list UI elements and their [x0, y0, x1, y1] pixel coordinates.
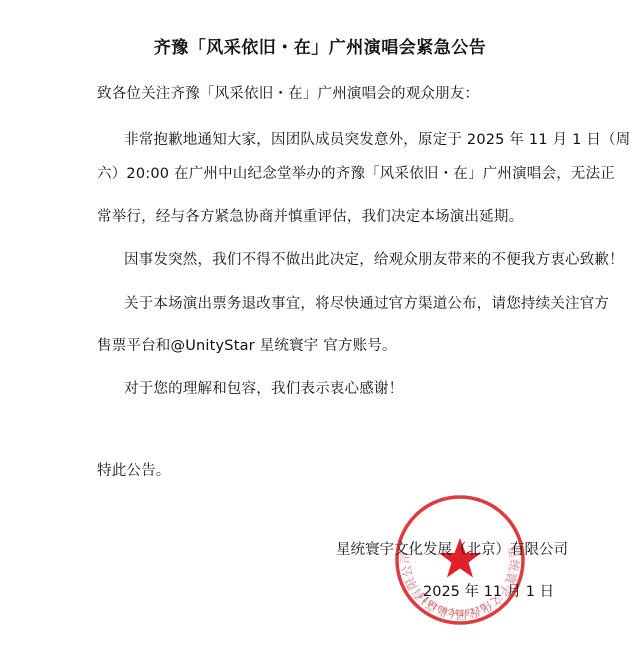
signature-date: 2025 年 11 月 1 日	[423, 580, 554, 601]
paragraph-1-line-1: 非常抱歉地通知大家，因团队成员突发意外，原定于 2025 年 11 月 1 日（…	[124, 128, 630, 149]
closing-text: 特此公告。	[97, 459, 171, 480]
paragraph-1-line-3: 常举行，经与各方紧急协商并慎重评估，我们决定本场演出延期。	[97, 205, 523, 226]
announcement-title: 齐豫「风采依旧・在」广州演唱会紧急公告	[0, 33, 640, 58]
salutation: 致各位关注齐豫「风采依旧・在」广州演唱会的观众朋友：	[97, 82, 479, 103]
company-seal-stamp: 星统寰宇文化发展(北京)有限公司 1101062419110	[392, 492, 528, 628]
signature-company: 星统寰宇文化发展（北京）有限公司	[336, 538, 568, 559]
paragraph-2-line-1: 因事发突然，我们不得不做出此决定，给观众朋友带来的不便我方衷心致歉！	[124, 248, 624, 269]
paragraph-1-line-2: 六）20:00 在广州中山纪念堂举办的齐豫「风采依旧・在」广州演唱会，无法正	[97, 162, 615, 183]
paragraph-3-line-1: 关于本场演出票务退改事宜，将尽快通过官方渠道公布，请您持续关注官方	[124, 292, 609, 313]
paragraph-3-line-2: 售票平台和@UnityStar 星统寰宇 官方账号。	[97, 334, 397, 355]
paragraph-4-line-1: 对于您的理解和包容，我们表示衷心感谢！	[124, 377, 403, 398]
